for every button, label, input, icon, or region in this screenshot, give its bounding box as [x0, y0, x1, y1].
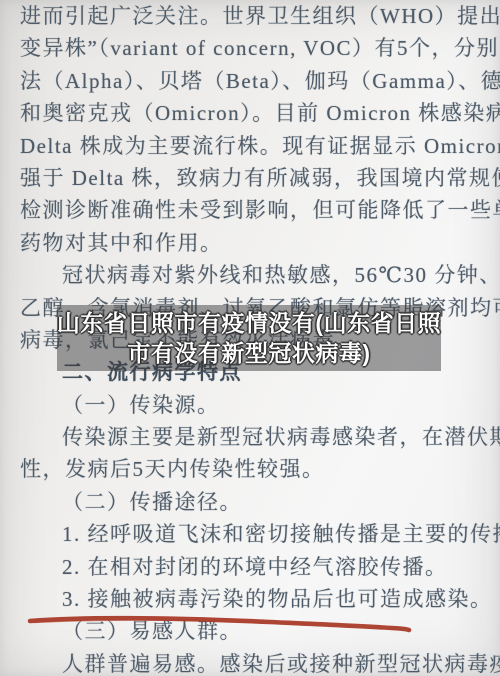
- caption-line-2: 市有没有新型冠状病毒): [127, 338, 370, 368]
- document-line: 法（Alpha）、贝塔（Beta）、伽玛（Gamma）、德尔塔（Delta）: [20, 65, 470, 97]
- document-line: （三）易感人群。: [20, 615, 470, 647]
- document-line: 1. 经呼吸道飞沫和密切接触传播是主要的传播途径。: [20, 518, 470, 550]
- document-line: 传染源主要是新型冠状病毒感染者，在潜伏期即有传染: [20, 421, 470, 453]
- document-line: Delta 株成为主要流行株。现有证据显示 Omicron 株传播力: [20, 130, 470, 162]
- document-line: 药物对其中和作用。: [20, 227, 470, 259]
- caption-overlay: 山东省日照市有疫情没有(山东省日照 市有没有新型冠状病毒): [57, 305, 441, 371]
- document-line: 3. 接触被病毒污染的物品后也可造成感染。: [20, 583, 470, 615]
- caption-line-1: 山东省日照市有疫情没有(山东省日照: [57, 308, 441, 338]
- document-line: 进而引起广泛关注。世界卫生组织（WHO）提出的“关切的: [20, 0, 470, 32]
- document-line: 强于 Delta 株，致病力有所减弱，我国境内常规使用的 PCR: [20, 162, 470, 194]
- document-line: 人群普遍易感。感染后或接种新型冠状病毒疫苗后可获: [20, 648, 470, 676]
- document-photo: 进而引起广泛关注。世界卫生组织（WHO）提出的“关切的变异株”（variant …: [0, 0, 500, 676]
- document-line: （二）传播途径。: [20, 486, 470, 518]
- document-line: 性，发病后5天内传染性较强。: [20, 453, 470, 485]
- document-line: 检测诊断准确性未受到影响，但可能降低了一些单克隆抗体: [20, 194, 470, 226]
- document-line: 冠状病毒对紫外线和热敏感，56℃30 分钟、乙醚、75%: [20, 259, 470, 291]
- document-line: 变异株”（variant of concern, VOC）有5个，分别为阿尔: [20, 32, 470, 64]
- document-line: 和奥密克戎（Omicron）。目前 Omicron 株感染病例已取代: [20, 97, 470, 129]
- document-line: 2. 在相对封闭的环境中经气溶胶传播。: [20, 551, 470, 583]
- document-line: （一）传染源。: [20, 389, 470, 421]
